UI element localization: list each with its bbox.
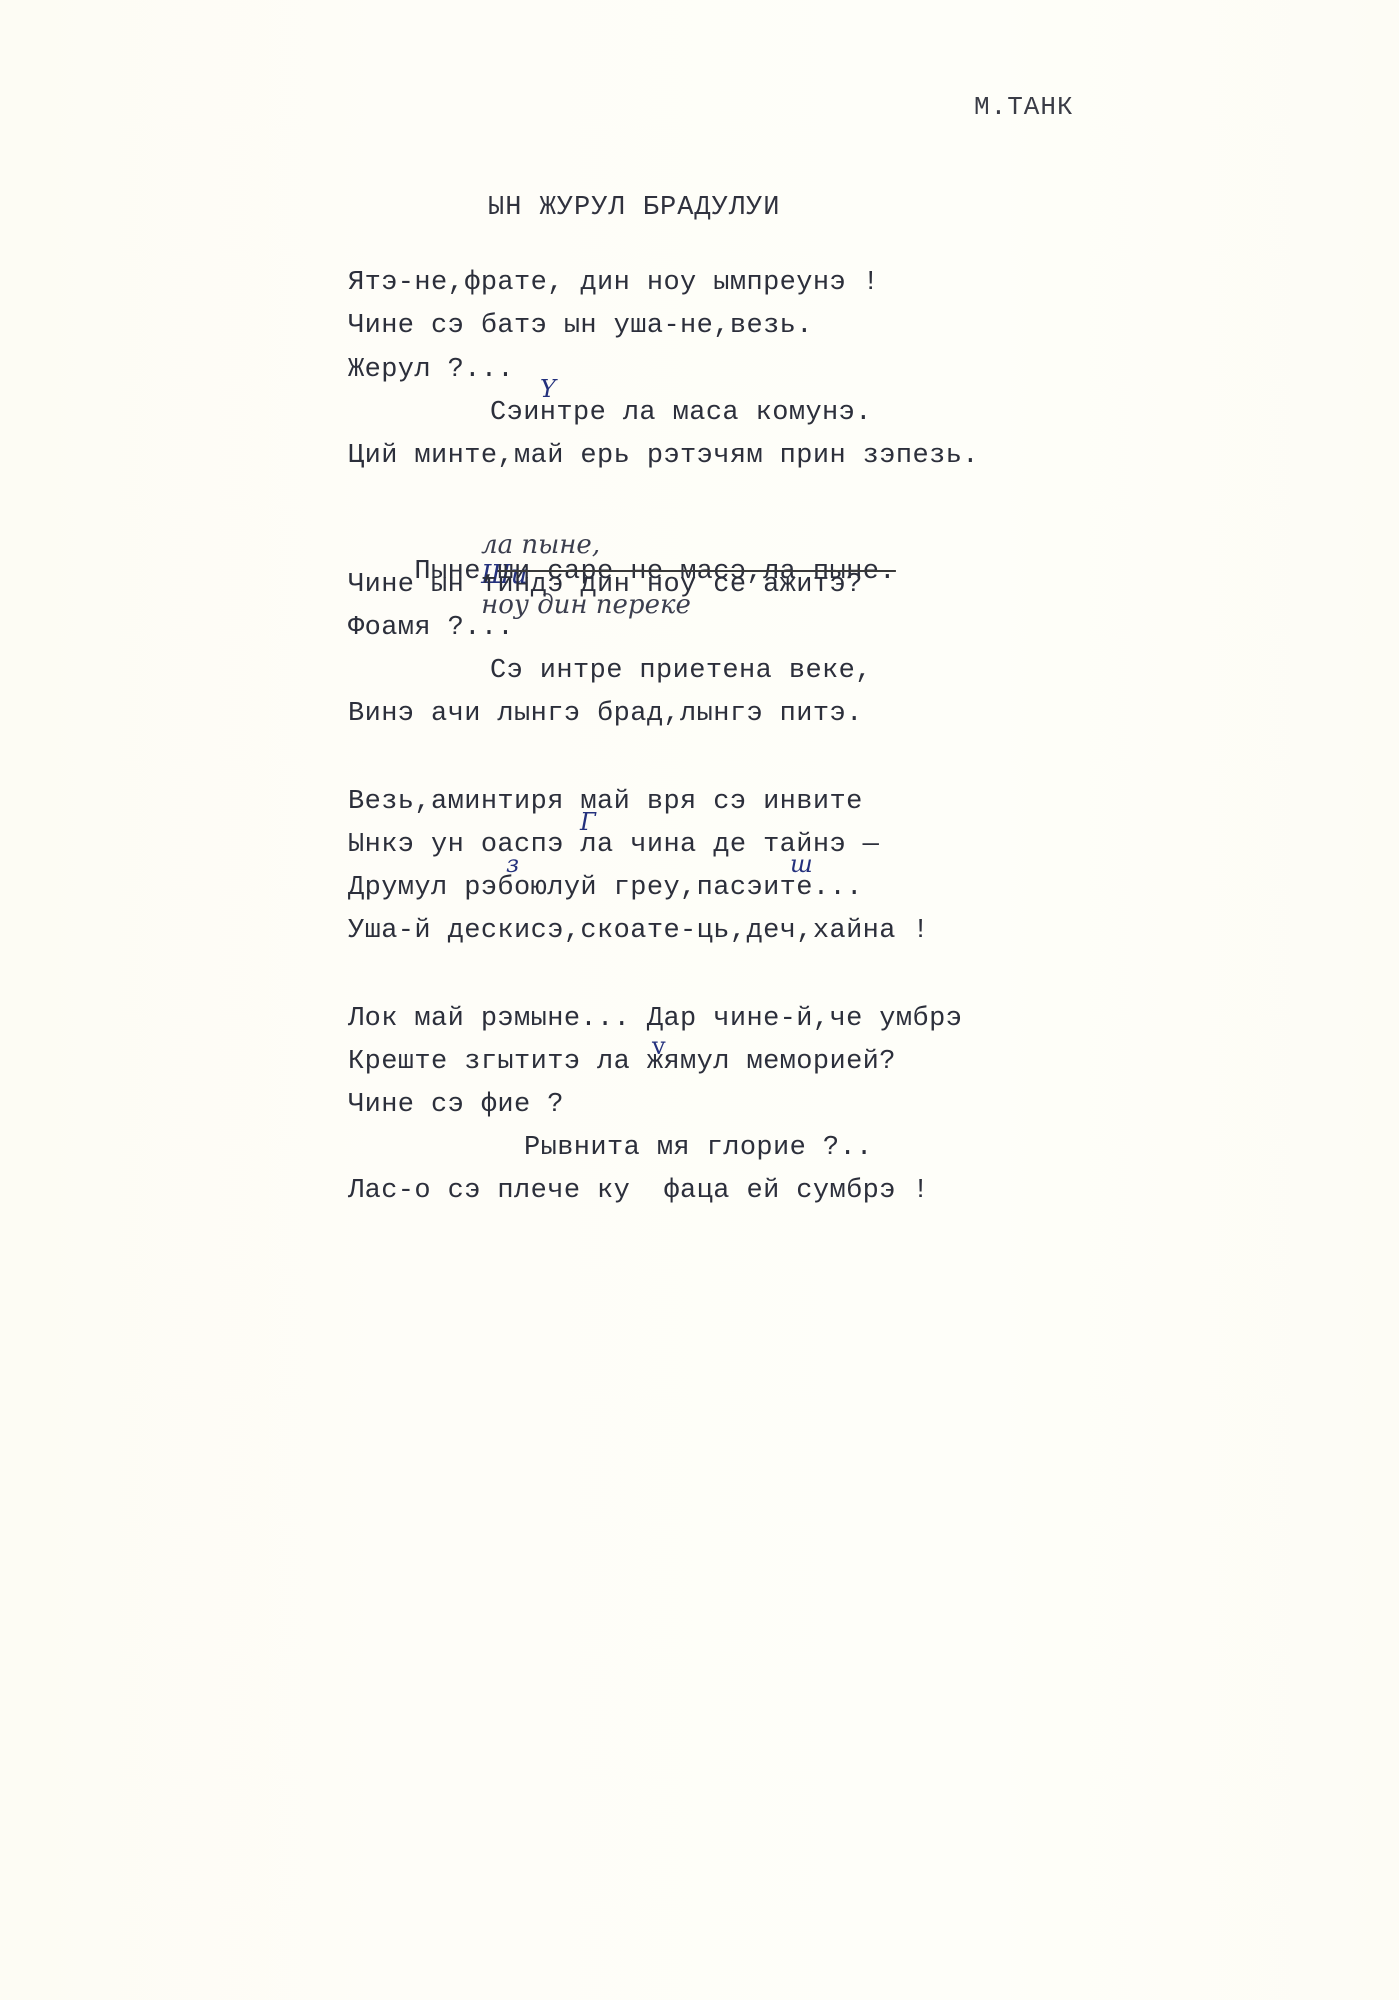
poem-line: Чине ын тиндэ дин ноу се ажитэ? (348, 570, 863, 600)
poem-line: Жерул ?... (348, 355, 514, 385)
poem-line: Крeште згытитэ ла жямул мемориeй? (348, 1047, 896, 1077)
poem-line: Винэ ачи лынгэ брад,лынгэ питэ. (348, 699, 863, 729)
poem-line: Сэ интре приетена веке, (490, 656, 872, 686)
poem-line: Рывнита мя глорие ?.. (524, 1133, 873, 1163)
poem-line: Ятэ-не,фрате, дин ноу ымпреунэ ! (348, 268, 879, 298)
poem-line: Друмул рэбоюлуй греу,пасэите... (348, 873, 863, 903)
poem-line: Чине сэ батэ ын уша-не,везь. (348, 311, 813, 341)
poem-line: Лок май рэмыне... Дар чине-й,че умбрэ (348, 1004, 962, 1034)
typewritten-page: М.ТАНК ЫН ЖУРУЛ БРАДУЛУИ Ятэ-не,фрате, д… (0, 0, 1399, 2000)
poem-line: Чине сэ фие ? (348, 1090, 564, 1120)
poem-line: Лас-о сэ плече ку фаца ей сумбрэ ! (348, 1176, 929, 1206)
author-name: М.ТАНК (974, 92, 1074, 122)
poem-line: Сэинтре ла маса комунэ. (490, 398, 872, 428)
poem-line: Везь,аминтиря май вря сэ инвите (348, 787, 863, 817)
poem-line: Ций минте,май ерь рэтэчям прин зэпезь. (348, 441, 979, 471)
poem-line: Фоамя ?... (348, 613, 514, 643)
poem-line: Уша-й дескисэ,скоате-ць,деч,хайна ! (348, 916, 929, 946)
poem-title: ЫН ЖУРУЛ БРАДУЛУИ (488, 193, 780, 223)
